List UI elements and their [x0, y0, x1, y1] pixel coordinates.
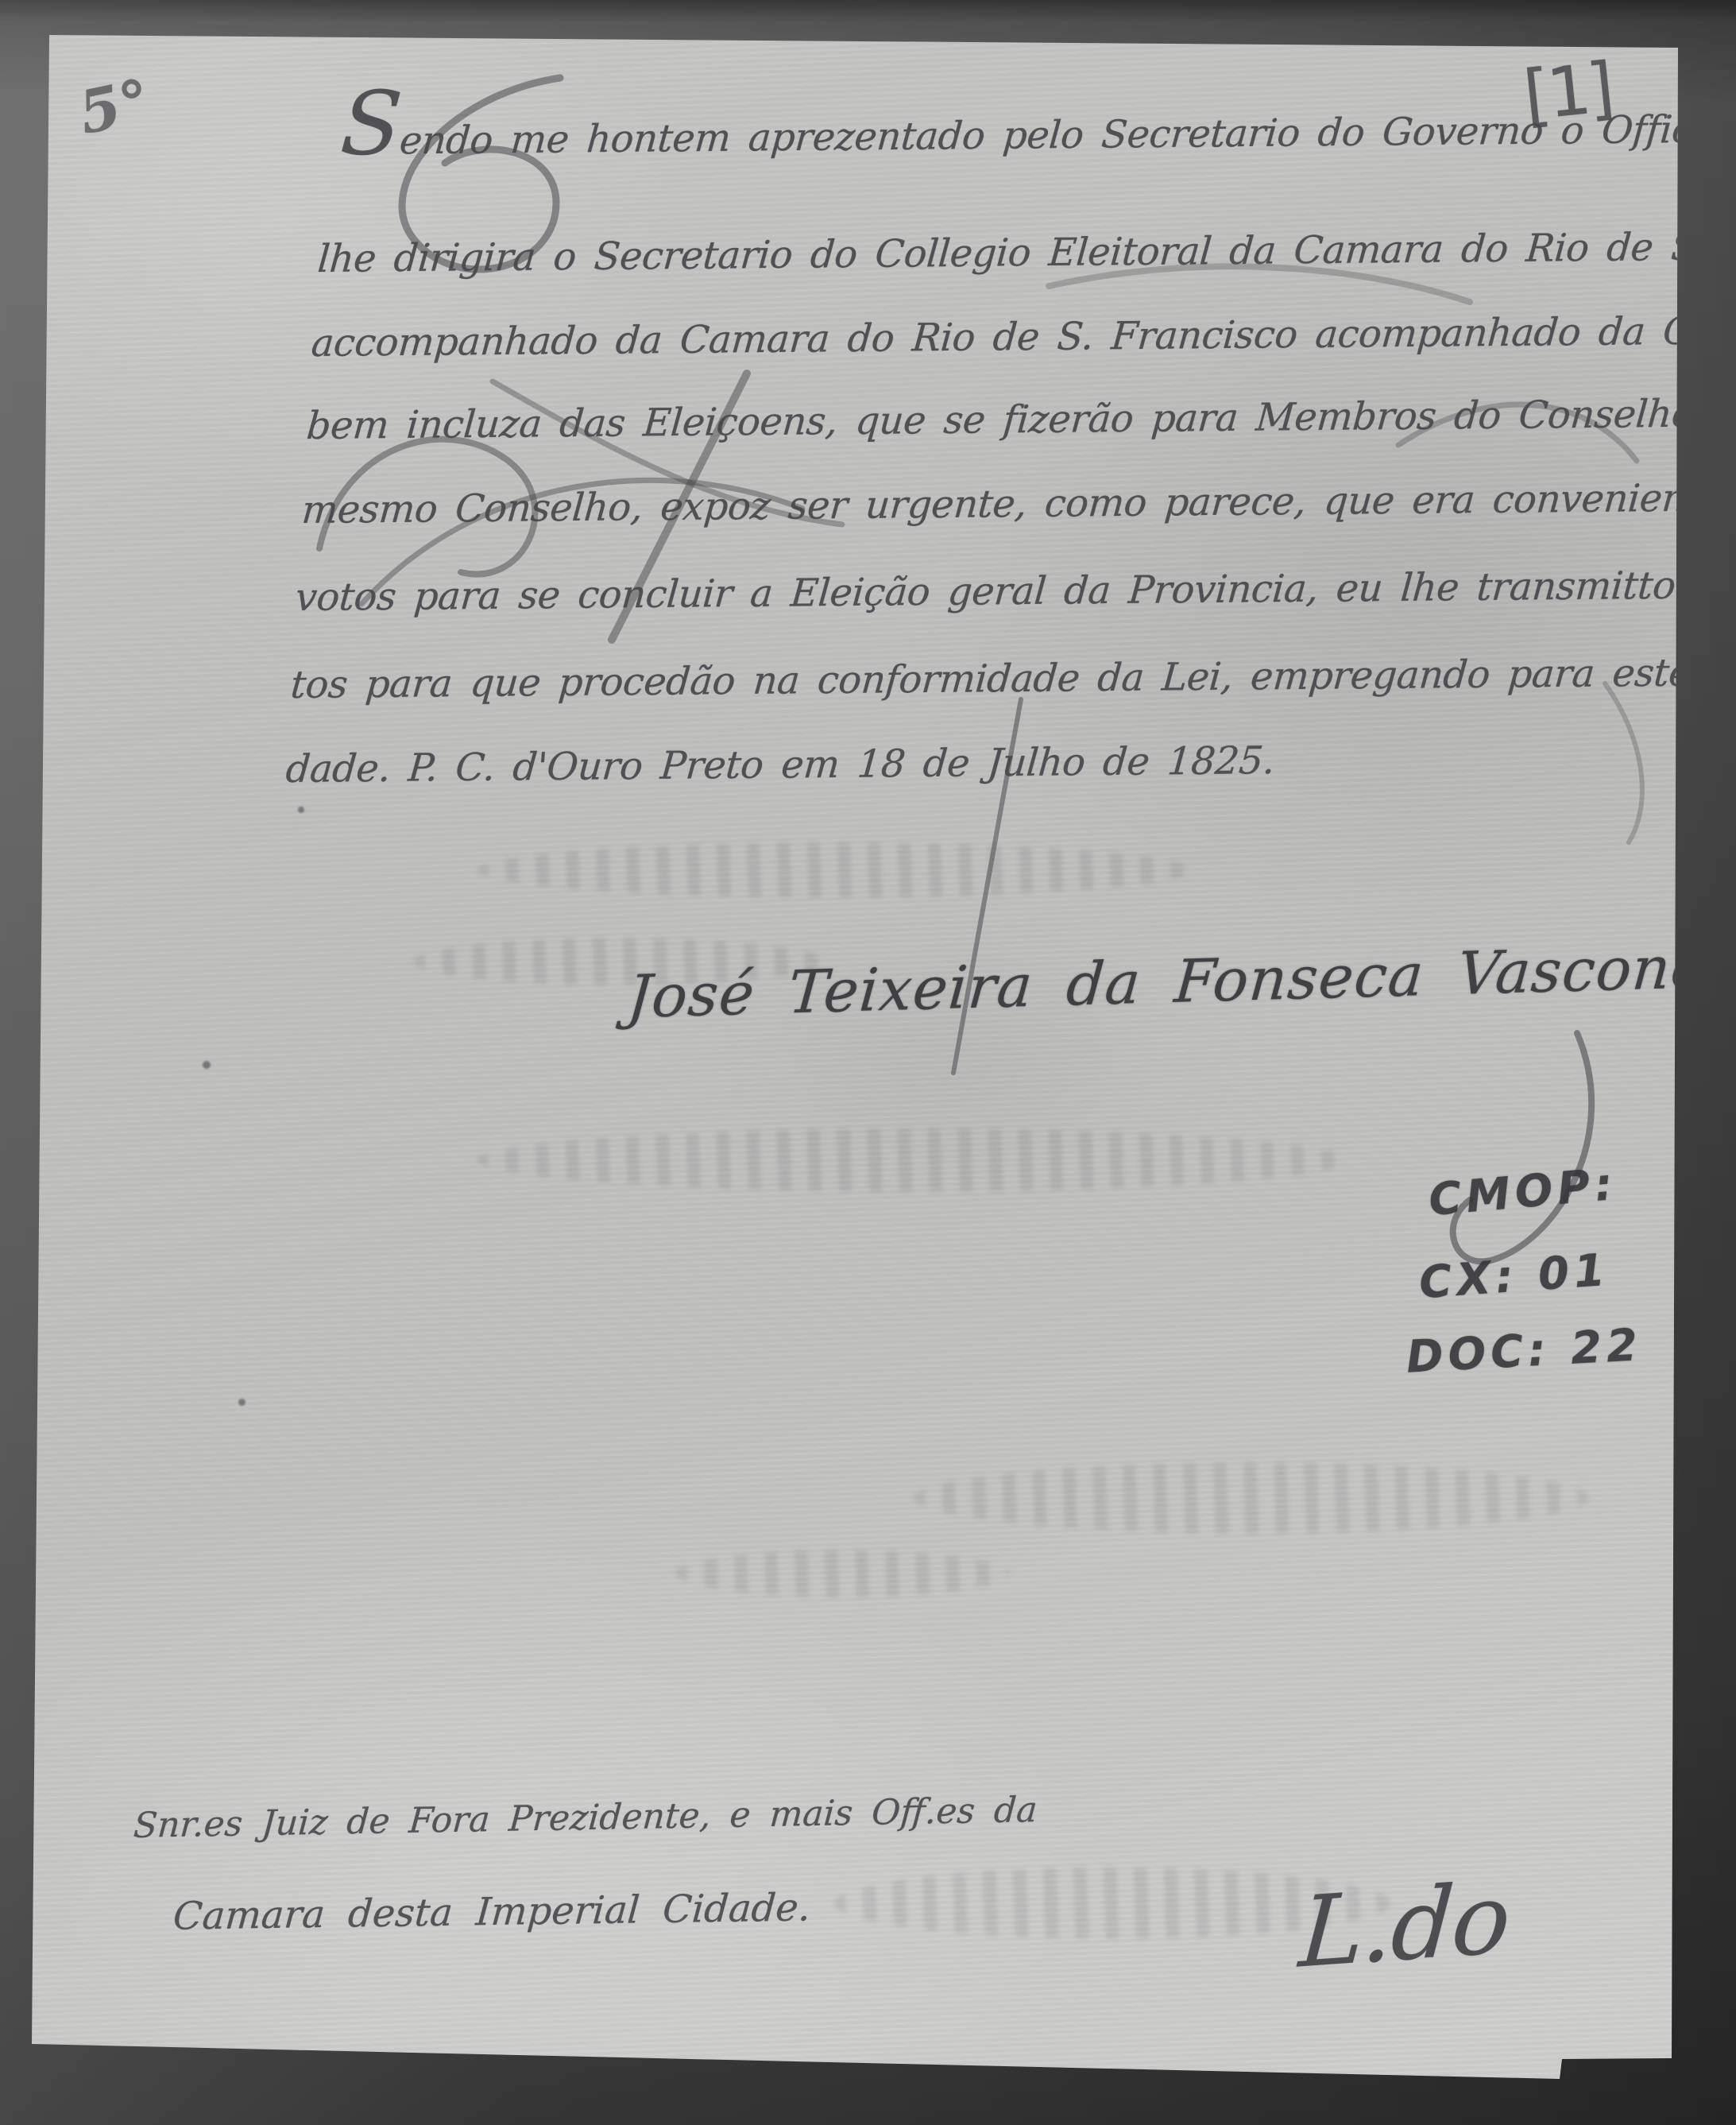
- body-line: bem incluza das Eleiçoens, que se fizerã…: [305, 389, 1736, 448]
- bleedthrough-smudge: [675, 1550, 1009, 1597]
- signature: José Teixeira da Fonseca Vasconcellos: [625, 929, 1736, 1032]
- body-line: tos para que procedão na conformidade da…: [289, 648, 1736, 707]
- ink-speck: [203, 1061, 211, 1069]
- archival-stamp-line: CX: 01: [1417, 1244, 1611, 1310]
- ink-speck: [298, 807, 304, 813]
- paper-sheet: 5° [1] Sendo me hontem aprezentado pelo …: [0, 0, 1736, 2125]
- body-line: votos para se concluir a Eleição geral d…: [294, 560, 1736, 620]
- body-line: Sendo me hontem aprezentado pelo Secreta…: [338, 105, 1736, 164]
- body-line: accompanhado da Camara do Rio de S. Fran…: [310, 308, 1736, 366]
- body-line: dade. P. C. d'Ouro Preto em 18 de Julho …: [284, 738, 1277, 792]
- bleedthrough-smudge: [914, 1462, 1589, 1534]
- bleedthrough-smudge: [477, 1128, 1351, 1192]
- archival-stamp-line: DOC: 22: [1405, 1319, 1644, 1383]
- addressee-line: Camara desta Imperial Cidade.: [172, 1885, 812, 1938]
- scanned-manuscript-page: 5° [1] Sendo me hontem aprezentado pelo …: [0, 0, 1736, 2125]
- addressee-line: Snr.es Juiz de Fora Prezidente, e mais O…: [132, 1790, 1038, 1846]
- closing-rubric: L.do: [1296, 1861, 1513, 1989]
- body-line: mesmo Conselho, expoz ser urgente, como …: [300, 473, 1736, 532]
- ink-speck: [238, 1399, 246, 1406]
- bleedthrough-smudge: [477, 842, 1192, 898]
- section-marker: 5°: [73, 67, 156, 149]
- archival-stamp-line: CMOP:: [1427, 1159, 1620, 1226]
- body-line: lhe dirigira o Secretario do Collegio El…: [316, 223, 1736, 281]
